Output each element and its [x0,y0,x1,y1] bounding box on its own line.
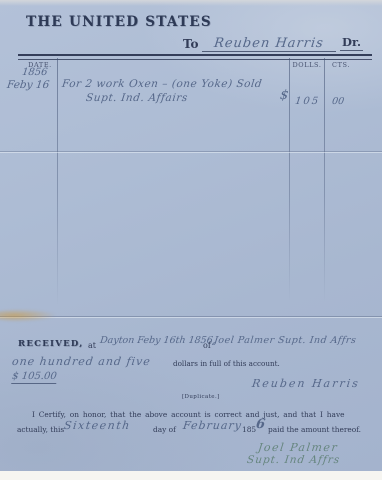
entry-date: Feby 16 [6,79,50,91]
received-label: RECEIVED, [18,339,84,349]
dollars-in-full-label: dollars in full of this account. [173,359,280,368]
fold-crease-lower [0,316,382,317]
scanned-voucher-document: THE UNITED STATES To Reuben Harris Dr. D… [0,0,382,480]
duplicate-label: [Duplicate.] [182,394,220,400]
cts-column-rule [324,58,325,302]
certification-line1: I Certify, on honor, that the above acco… [32,410,345,419]
payee-name-text: Reuben Harris [213,36,325,51]
entry-description-line1: For 2 work Oxen – (one Yoke) Sold [61,78,263,90]
of-label: of [203,341,211,350]
header-double-rule [18,54,372,60]
amount-in-words: one hundred and five [11,355,151,368]
certifier-signature-name: Joel Palmer [257,441,339,454]
scan-edge [0,0,382,6]
place-and-date-handwritten: Dayton Feby 16th 1856, [99,335,216,346]
entry-currency-mark: $ [279,88,289,103]
fold-crease-upper [0,151,382,152]
year-handwritten-digit: 6 [255,417,266,432]
blue-paper-sheet: THE UNITED STATES To Reuben Harris Dr. D… [0,0,382,471]
payee-signature: Reuben Harris [251,377,360,390]
day-word-handwritten: Sixteenth [63,419,131,432]
entry-description-line2: Supt. Ind. Affairs [85,92,188,104]
certification-line2-suffix: paid the amount thereof. [268,425,361,434]
amount-in-figures: $ 105.00 [11,371,57,384]
payee-name-handwritten: Reuben Harris [202,32,336,52]
payer-name-handwritten: Joel Palmer Supt. Ind Affrs [213,335,357,346]
entry-year: 1856 [21,67,48,78]
scan-bottom-edge [0,471,382,480]
to-label: To [183,37,199,51]
at-label: at [88,341,96,350]
day-of-label: day of [153,425,176,434]
month-word-handwritten: February [182,419,243,432]
cts-column-header: CTS. [326,61,356,69]
year-printed-digits: 185 [242,425,256,434]
entry-dollars-value: 105 [294,96,320,107]
document-title: THE UNITED STATES [26,14,212,30]
dr-label: Dr. [340,35,363,51]
certification-line2-prefix: actually, this [17,425,64,434]
dolls-column-header: DOLLS. [290,61,324,69]
certifier-signature-title: Supt. Ind Affrs [246,454,341,466]
dolls-column-rule [289,58,290,302]
entry-cents-value: 00 [331,96,344,107]
paper-stain [0,309,56,322]
date-column-rule [57,58,58,306]
